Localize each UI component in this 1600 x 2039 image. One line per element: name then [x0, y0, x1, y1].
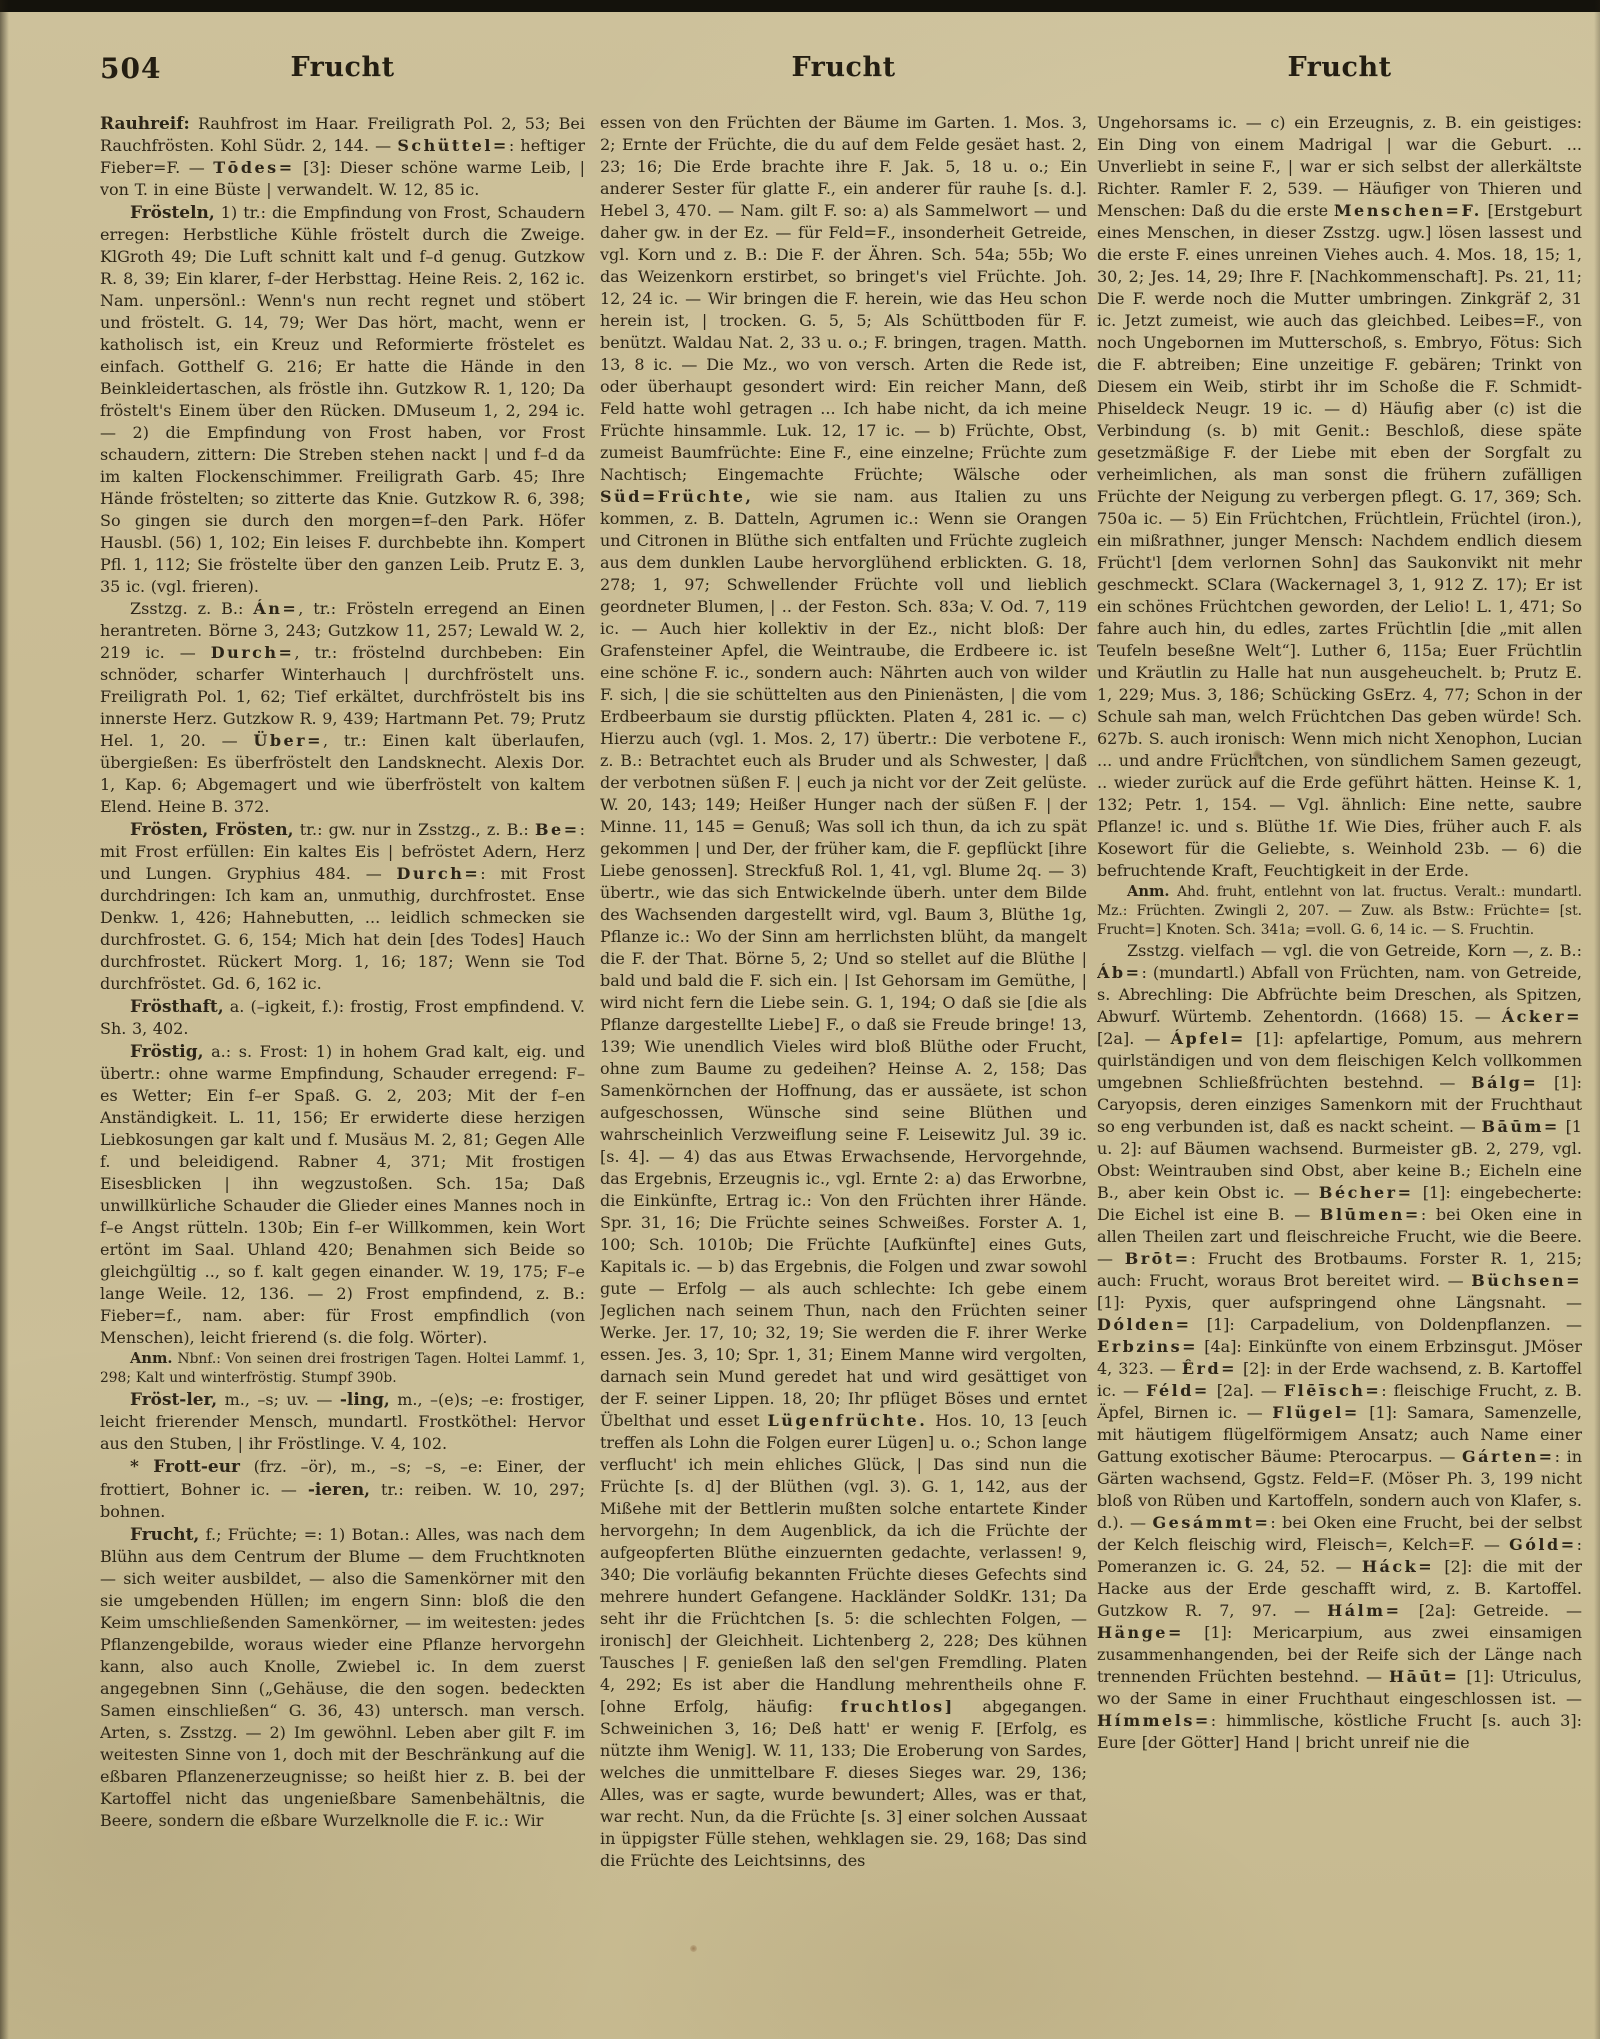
- compound-headword: Lügenfrüchte.: [767, 1411, 927, 1430]
- text-run: [1]: Carpadelium, von Doldenpflanzen. —: [1192, 1315, 1582, 1334]
- compound-headword: Bécher=: [1319, 1183, 1414, 1202]
- compound-headword: Flēīsch=: [1284, 1381, 1381, 1400]
- headword: Fröstig,: [130, 1041, 203, 1061]
- scan-edge-right: [1594, 0, 1600, 2039]
- compound-headword: Menschen=F.: [1334, 201, 1482, 220]
- headword: Rauhreif:: [100, 113, 190, 133]
- text-run: a.: s. Frost: 1) in hohem Grad kalt, eig…: [100, 1042, 585, 1347]
- entry-paragraph: Frösteln, 1) tr.: die Empfindung von Fro…: [100, 201, 585, 598]
- entry-paragraph: * Frott-eur (frz. –ör), m., –s; –s, –e: …: [100, 1455, 585, 1523]
- compound-headword: Über=: [253, 731, 323, 750]
- compound-headword: Bāūm=: [1481, 1117, 1559, 1136]
- headword: Frösthaft,: [130, 996, 224, 1016]
- scan-edge-left: [0, 0, 9, 2039]
- compound-headword: Durch=: [397, 864, 481, 883]
- compound-headword: Áb=: [1097, 963, 1142, 982]
- running-head-column-3: Frucht: [1097, 52, 1582, 83]
- compound-headword: Án=: [253, 599, 298, 618]
- text-run: Zsstzg. z. B.:: [130, 599, 253, 618]
- compound-headword: Schüttel=: [397, 136, 509, 155]
- text-run: : mit Frost durchdringen: Ich kam an, un…: [100, 864, 585, 993]
- annotation-paragraph: Anm. Ahd. fruht, entlehnt von lat. fruct…: [1097, 882, 1582, 940]
- annotation-paragraph: Anm. Nbnf.: Von seinen drei frostrigen T…: [100, 1349, 585, 1388]
- text-run: [1]: Pyxis, quer aufspringend ohne Längs…: [1097, 1293, 1582, 1312]
- compound-headword: Hímmels=: [1097, 1711, 1211, 1730]
- running-head-column-2: Frucht: [600, 52, 1087, 83]
- compound-headword: Be=: [535, 820, 580, 839]
- entry-paragraph: Fröst-ler, m., –s; uv. — -ling, m., –(e)…: [100, 1388, 585, 1455]
- headword: Anm.: [130, 1350, 173, 1367]
- text-column-3: Ungehorsams ic. — c) ein Erzeugnis, z. B…: [1097, 112, 1582, 1902]
- text-run: Hos. 10, 13 [euch treffen als Lohn die F…: [600, 1411, 1087, 1716]
- text-run: 1) tr.: die Empfindung von Frost, Schaud…: [100, 203, 585, 596]
- entry-paragraph: essen von den Früchten der Bäume im Gart…: [600, 112, 1087, 1872]
- compound-headword: Erbzins=: [1097, 1337, 1198, 1356]
- compound-headword: Büchsen=: [1471, 1271, 1582, 1290]
- compound-headword: Gárten=: [1462, 1447, 1555, 1466]
- headword: -ling,: [340, 1389, 390, 1409]
- running-head-column-1: Frucht: [100, 52, 585, 83]
- compound-headword: Bálg=: [1471, 1073, 1538, 1092]
- headword: Frösten, Frösten,: [130, 819, 294, 839]
- entry-paragraph: Zsstzg. vielfach — vgl. die von Getreide…: [1097, 940, 1582, 1754]
- compound-headword: Brōt=: [1125, 1249, 1191, 1268]
- text-run: Zsstzg. vielfach — vgl. die von Getreide…: [1127, 941, 1582, 960]
- compound-headword: Hāūt=: [1389, 1667, 1459, 1686]
- compound-headword: Háck=: [1362, 1557, 1434, 1576]
- compound-headword: Ácker=: [1502, 1007, 1582, 1026]
- entry-paragraph: Fröstig, a.: s. Frost: 1) in hohem Grad …: [100, 1040, 585, 1349]
- compound-headword: Góld=: [1509, 1535, 1577, 1554]
- compound-headword: Tōdes=: [213, 158, 294, 177]
- compound-headword: Blūmen=: [1320, 1205, 1421, 1224]
- compound-headword: Süd=Früchte,: [600, 487, 753, 506]
- compound-headword: Féld=: [1146, 1381, 1210, 1400]
- compound-headword: Flügel=: [1272, 1403, 1359, 1422]
- compound-headword: Durch=: [211, 643, 295, 662]
- compound-headword: Hänge=: [1097, 1623, 1184, 1642]
- compound-headword: fruchtlos]: [841, 1697, 955, 1716]
- compound-headword: Hálm=: [1327, 1601, 1401, 1620]
- compound-headword: Gesámmt=: [1152, 1513, 1270, 1532]
- text-run: Ahd. fruht, entlehnt von lat. fructus. V…: [1097, 884, 1582, 938]
- entry-paragraph: Ungehorsams ic. — c) ein Erzeugnis, z. B…: [1097, 112, 1582, 882]
- text-run: [2a]: Getreide. —: [1402, 1601, 1582, 1620]
- paper-stain: [690, 1945, 697, 1952]
- headword: -ieren,: [308, 1479, 370, 1499]
- text-run: [2a]. —: [1097, 1029, 1171, 1048]
- text-column-2: essen von den Früchten der Bäume im Gart…: [600, 112, 1087, 1902]
- compound-headword: Ápfel=: [1171, 1029, 1246, 1048]
- text-run: [Erstgeburt eines Menschen, in dieser Zs…: [1097, 201, 1582, 880]
- text-column-1: Rauhreif: Rauhfrost im Haar. Freiligrath…: [100, 112, 585, 1902]
- text-run: tr.: gw. nur in Zsstzg., z. B.:: [294, 820, 535, 839]
- text-run: m., –s; uv. —: [217, 1390, 340, 1409]
- entry-paragraph: Frucht, f.; Früchte; =: 1) Botan.: Alles…: [100, 1523, 585, 1832]
- page-header: 504 Frucht Frucht Frucht: [0, 52, 1600, 98]
- dictionary-page-scan: 504 Frucht Frucht Frucht Rauhreif: Rauhf…: [0, 0, 1600, 2039]
- headword: * Frott-eur: [130, 1456, 240, 1476]
- text-run: f.; Früchte; =: 1) Botan.: Alles, was na…: [100, 1525, 585, 1830]
- scan-edge-top: [0, 0, 1600, 12]
- headword: Fröst-ler,: [130, 1389, 217, 1409]
- text-run: essen von den Früchten der Bäume im Gart…: [600, 113, 1087, 484]
- text-run: Nbnf.: Von seinen drei frostrigen Tagen.…: [100, 1351, 585, 1386]
- text-run: wie sie nam. aus Italien zu uns kommen, …: [600, 487, 1087, 1430]
- text-run: abgegangen. Schweinichen 3, 16; Deß hatt…: [600, 1697, 1087, 1870]
- entry-paragraph: Zsstzg. z. B.: Án=, tr.: Frösteln errege…: [100, 598, 585, 818]
- entry-paragraph: Frösthaft, a. (–igkeit, f.): frostig, Fr…: [100, 995, 585, 1040]
- compound-headword: Êrd=: [1182, 1359, 1237, 1378]
- entry-paragraph: Rauhreif: Rauhfrost im Haar. Freiligrath…: [100, 112, 585, 201]
- entry-paragraph: Frösten, Frösten, tr.: gw. nur in Zsstzg…: [100, 818, 585, 995]
- compound-headword: Dólden=: [1097, 1315, 1192, 1334]
- headword: Frucht,: [130, 1524, 199, 1544]
- headword: Frösteln,: [130, 202, 215, 222]
- text-run: [2a]. —: [1210, 1381, 1284, 1400]
- headword: Anm.: [1127, 883, 1170, 900]
